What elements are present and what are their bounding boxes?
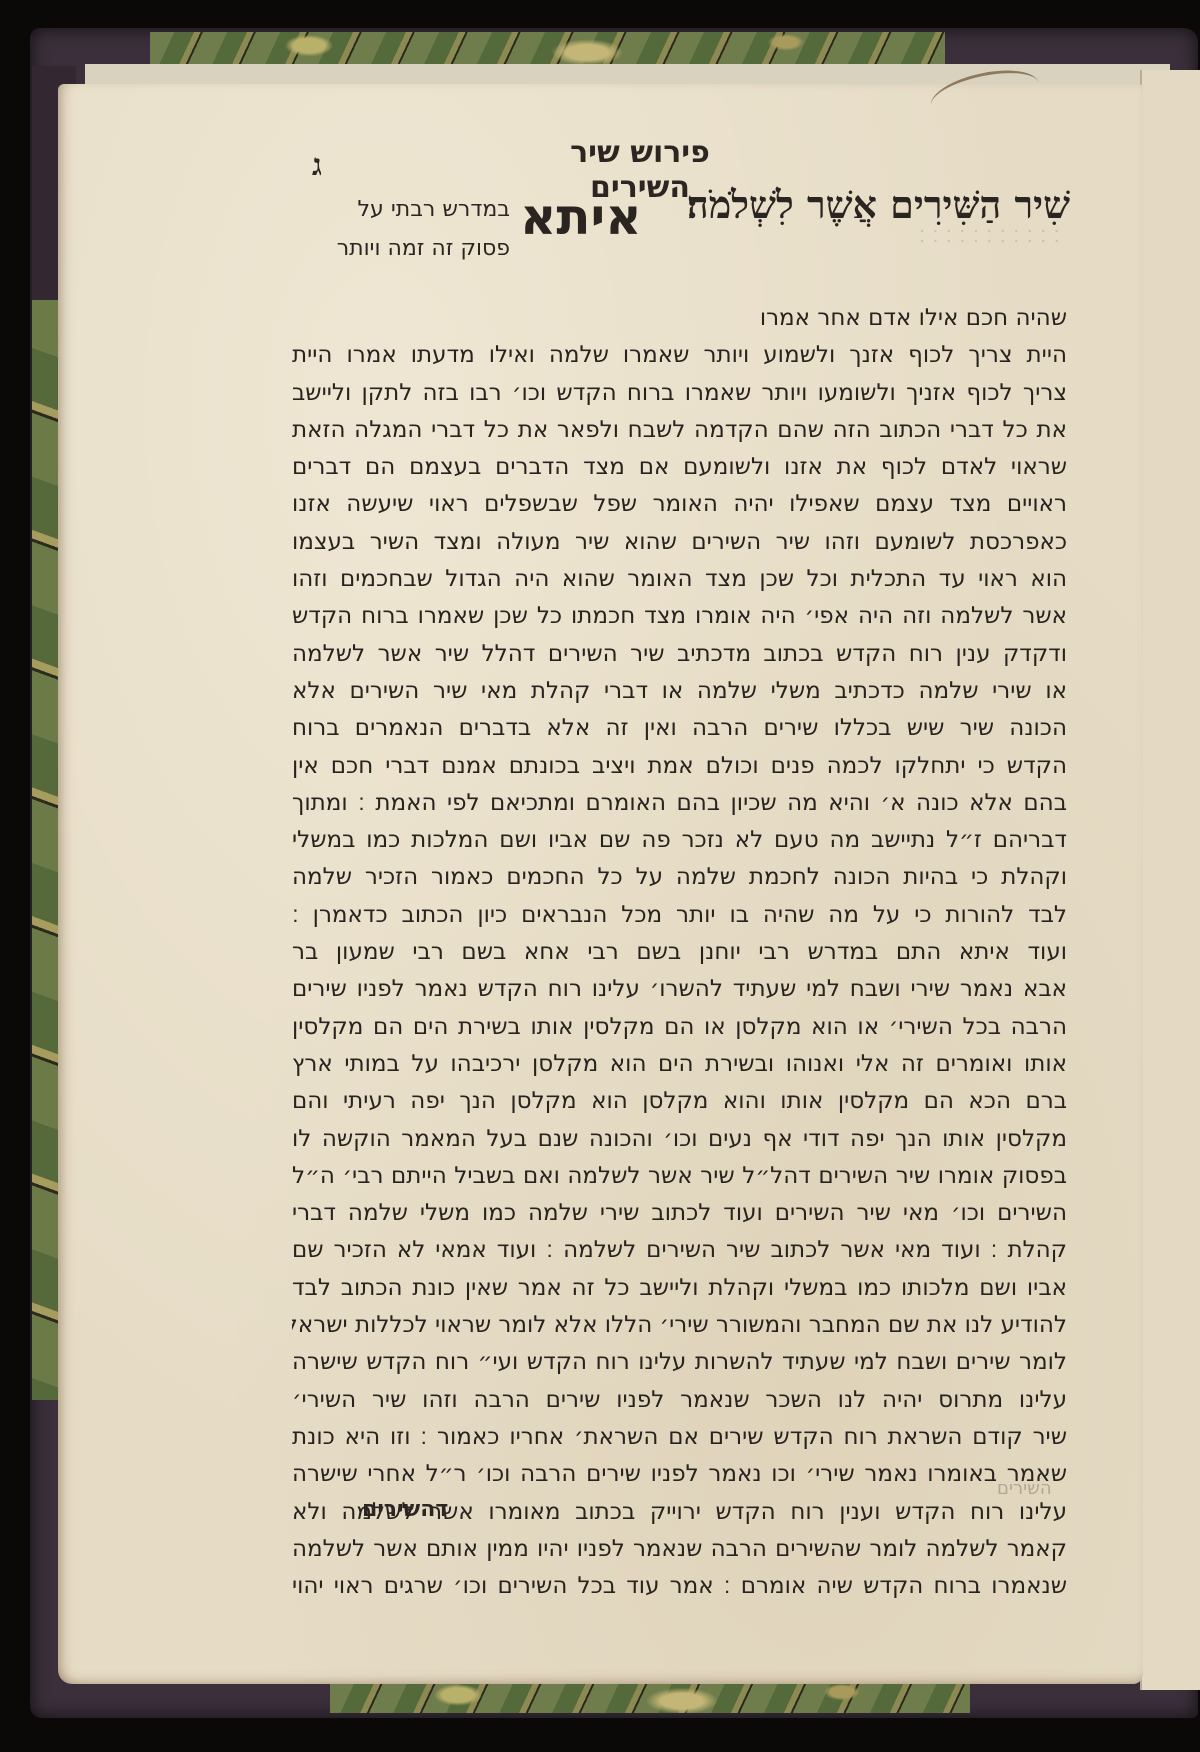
text-line: שהיה חכם אילו אדם אחר אמרו: [587, 300, 1067, 337]
marbled-paper-top: [150, 32, 945, 66]
text-line: שאמר באומרו נאמר שירי׳ וכו נאמר לפניו שי…: [292, 1456, 1067, 1493]
text-line: ועוד איתא התם במדרש רבי יוחנן בשם רבי אח…: [292, 934, 1067, 971]
text-line: וקהלת כי בהיות הכונה לחכמת שלמה על כל הח…: [292, 859, 1067, 896]
text-line: עלינו מתרוס יהיה לנו השכר שנאמר לפניו שי…: [292, 1382, 1067, 1419]
bleed-through-text: ׂ׃ ׃ ׃ ׃ ׃ ׃ ׃ ׃ ׃ ׃ ׃: [560, 222, 1060, 282]
text-line: השירים וכו׳ מאי שיר השירים ועוד לכתוב שי…: [292, 1195, 1067, 1232]
text-line: הכונה שיר שיש בכללו שירים הרבה ואין זה א…: [292, 710, 1067, 747]
text-line: הקדש כי יתחלקו לכמה פנים וכולם אמת ויציב…: [292, 748, 1067, 785]
text-line: דבריהם ז״ל נתיישב מה טעם לא נזכר פה שם א…: [292, 822, 1067, 859]
text-line: אביו ושם מלכותו כמו במשלי וקהלת וליישב כ…: [292, 1270, 1067, 1307]
marbled-paper-bottom: [330, 1683, 970, 1713]
text-line: ודקדק ענין רוח הקדש בכתוב מדכתיב שיר השי…: [292, 636, 1067, 673]
text-line: שנאמרו ברוח הקדש שיה אומרם ׃ אמר עוד בכל…: [292, 1568, 1067, 1605]
text-line: לומר שירים ושבח למי שעתיד להשרות עלינו ר…: [292, 1344, 1067, 1381]
text-line: הוא ראוי עד התכלית וכל שכן מצד האומר שהו…: [292, 561, 1067, 598]
text-line: שיר קודם השראת רוח הקדש שירים אם השראת׳ …: [292, 1419, 1067, 1456]
text-line: ברם הכא הם מקלסין אותו והוא מקלסן הוא מק…: [292, 1083, 1067, 1120]
text-line: היית צריך לכוף אזנך ולשמוע ויותר שאמרו ש…: [292, 337, 1067, 374]
text-line: קאמר לשלמה לומר שהשירים הרבה שנאמר לפניו…: [292, 1531, 1067, 1568]
catchword: דהשירים: [362, 1497, 448, 1522]
text-line: לבד להורות כי על מה שהיה בו יותר מכל הנב…: [292, 897, 1067, 934]
text-line: להודיע לנו את שם המחבר והמשורר שירי׳ הלל…: [292, 1307, 1067, 1344]
text-line: אותו ואומרים זה אלי ואנוהו ובשירת הים הו…: [292, 1046, 1067, 1083]
text-line: כאפרכסת לשומעם וזהו שיר השירים שהוא שיר …: [292, 524, 1067, 561]
text-line: ראויים מצד עצמם שאפילו יהיה האומר שפל שב…: [292, 486, 1067, 523]
text-line: את כל דברי הכתוב הזה שהם הקדמה לשבח ולפא…: [292, 412, 1067, 449]
text-line: מקלסין אותו הנך יפה דודי אף נעים וכו׳ וה…: [292, 1121, 1067, 1158]
body-text: שהיה חכם אילו אדם אחר אמרו היית צריך לכו…: [292, 300, 1067, 1605]
facing-page-edge: [1140, 70, 1200, 1690]
text-line: שראוי לאדם לכוף את אזנו ולשומעם אם מצד ה…: [292, 449, 1067, 486]
signature-mark: ג: [312, 148, 322, 183]
text-line: אשר לשלמה וזה היה אפי׳ היה אומרו מצד חכמ…: [292, 598, 1067, 635]
text-line: בפסוק אומרו שיר השירים דהל״ל שיר אשר לשל…: [292, 1158, 1067, 1195]
side-note-line: במדרש רבתי על: [290, 197, 510, 222]
text-line: צריך לכוף אזניך ולשומעו ויותר שאמרו ברוח…: [292, 375, 1067, 412]
text-line: קהלת ׃ ועוד מאי אשר לכתוב שיר השירים לשל…: [292, 1232, 1067, 1269]
side-note-line: פסוק זה זמה ויותר: [290, 236, 510, 261]
text-line: או שירי שלמה כדכתיב משלי שלמה או דברי קה…: [292, 673, 1067, 710]
text-line: הרבה בכל השירי׳ או הוא מקלסן או הם מקלסי…: [292, 1009, 1067, 1046]
faint-bleed-mark: השירים: [997, 1478, 1052, 1499]
text-line: בהם אלא כונה א׳ והיא מה שכיון בהם האומרם…: [292, 785, 1067, 822]
text-line: אבא נאמר שירי ושבח למי שעתיד להשרו׳ עלינ…: [292, 971, 1067, 1008]
